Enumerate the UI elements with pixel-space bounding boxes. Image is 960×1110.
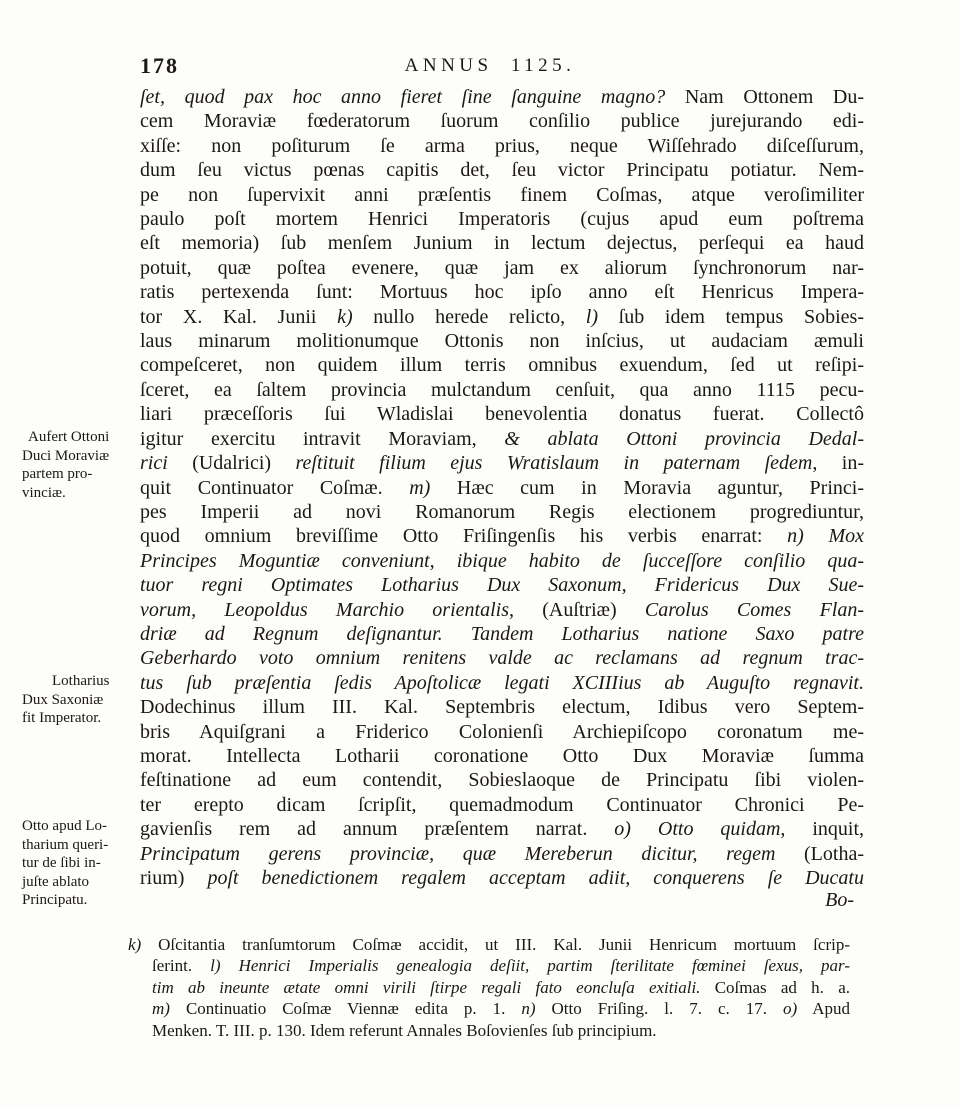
text-line: tuor regni Optimates Lotharius Dux Saxon… [140, 573, 864, 597]
text-run: Apud [797, 999, 850, 1018]
text-line: Dux Saxoniæ [22, 691, 142, 710]
text-run: m) [409, 477, 430, 499]
text-run: Carolus Comes Flan- [645, 599, 864, 621]
text-run: k) [128, 935, 141, 954]
text-run: vinciæ. [22, 485, 66, 501]
text-run: nullo herede relicto, [353, 306, 586, 328]
text-line: dum ſeu victus pœnas capitis det, ſeu vi… [140, 158, 864, 182]
text-run: tim ab ineunte ætate omni virili ſtirpe … [152, 978, 715, 997]
text-run: quod omnium breviſſime Otto Friſingenſis… [140, 525, 787, 547]
text-run: ſerint. [152, 956, 210, 975]
text-run: Principatu. [22, 892, 87, 908]
text-run: dum ſeu victus pœnas capitis det, ſeu vi… [140, 159, 864, 181]
text-run: vorum, Leopoldus Marchio orientalis, [140, 599, 542, 621]
text-line: Principatum gerens provinciæ, quæ Merebe… [140, 842, 864, 866]
text-line: m) Continuatio Coſmæ Viennæ edita p. 1. … [128, 998, 850, 1019]
text-run: tus ſub præſentia ſedis Apoſtolicæ legat… [140, 672, 864, 694]
text-run: ſub idem tempus Sobies- [598, 306, 864, 328]
text-line: juſte ablato [22, 873, 142, 892]
text-run: Otto apud Lo- [22, 818, 107, 834]
text-line: igitur exercitu intravit Moraviam, & abl… [140, 427, 864, 451]
text-run: Dux Saxoniæ [22, 692, 103, 708]
text-line: fit Imperator. [22, 709, 142, 728]
text-line: tharium queri- [22, 836, 142, 855]
text-run: k) [337, 306, 353, 328]
text-line: ſet, quod pax hoc anno fieret ſine ſangu… [140, 85, 864, 109]
text-line: Lotharius [22, 672, 142, 691]
text-run: gavienſis rem ad annum præſentem narrat. [140, 818, 614, 840]
text-line: Geberhardo voto omnium renitens valde ac… [140, 646, 864, 670]
text-run: , inquit, [780, 818, 864, 840]
text-run: Principes Moguntiæ conveniunt, ibique ha… [140, 550, 864, 572]
text-line: pes Imperii ad novi Romanorum Regis elec… [140, 500, 864, 524]
text-run: Principatum gerens provinciæ, quæ Merebe… [140, 843, 804, 865]
text-run: Lotharius [52, 673, 110, 689]
text-run: o) Otto quidam [614, 818, 780, 840]
text-line: liari præceſſoris ſui Wladislai benevole… [140, 402, 864, 426]
text-run: tur de ſibi in- [22, 855, 101, 871]
text-run: rici [140, 452, 192, 474]
text-run: partem pro- [22, 466, 92, 482]
text-run: fit Imperator. [22, 710, 101, 726]
text-run: poſt benedictionem regalem acceptam adii… [207, 867, 864, 889]
margin-note-otto-apud: Otto apud Lo-tharium queri-tur de ſibi i… [22, 817, 142, 910]
margin-note-lotharius: LothariusDux Saxoniæfit Imperator. [22, 672, 142, 728]
text-line: compeſceret, non quidem illum terris omn… [140, 353, 864, 377]
text-run: xiſſe: non poſiturum ſe arma prius, nequ… [140, 135, 864, 157]
text-line: quit Continuator Coſmæ. m) Hæc cum in Mo… [140, 476, 864, 500]
body-text-block: ſet, quod pax hoc anno fieret ſine ſangu… [140, 85, 864, 890]
text-run: Nam Ottonem Du- [685, 86, 864, 108]
footnotes-block: k) Oſcitantia tranſumtorum Coſmæ accidit… [128, 934, 850, 1041]
text-run: , in- [812, 452, 864, 474]
text-line: bris Aquiſgrani a Friderico Colonienſi A… [140, 720, 864, 744]
text-line: tur de ſibi in- [22, 854, 142, 873]
text-run: laus minarum molitionumque Ottonis non i… [140, 330, 864, 352]
text-line: tus ſub præſentia ſedis Apoſtolicæ legat… [140, 671, 864, 695]
text-line: Principatu. [22, 891, 142, 910]
text-line: partem pro- [22, 465, 142, 484]
text-run: quit Continuator Coſmæ. [140, 477, 409, 499]
text-run: Continuatio Coſmæ Viennæ edita p. 1. [170, 999, 521, 1018]
text-run: Oſcitantia tranſumtorum Coſmæ accidit, u… [141, 935, 850, 954]
text-run: m) [152, 999, 170, 1018]
text-line: driæ ad Regnum deſignantur. Tandem Lotha… [140, 622, 864, 646]
running-head: ANNUS 1125. [140, 55, 840, 77]
text-run: Menken. T. III. p. 130. Idem referunt An… [152, 1021, 657, 1040]
text-run: Coſmas ad h. a. [715, 978, 850, 997]
text-run: tor X. Kal. Junii [140, 306, 337, 328]
text-run: l) [586, 306, 598, 328]
text-line: gavienſis rem ad annum præſentem narrat.… [140, 817, 864, 841]
text-line: cem Moraviæ fœderatorum ſuorum conſilio … [140, 109, 864, 133]
text-line: feſtinatione ad eum contendit, Sobieslao… [140, 768, 864, 792]
text-run: Aufert Ottoni [28, 429, 109, 445]
text-line: vinciæ. [22, 484, 142, 503]
text-line: ratis pertexenda ſunt: Mortuus hoc ipſo … [140, 280, 864, 304]
text-run: reſtituit filium ejus Wratislaum in pate… [295, 452, 812, 474]
text-line: ſceret, ea ſaltem provincia mulctandum c… [140, 378, 864, 402]
text-line: Dodechinus illum III. Kal. Septembris el… [140, 695, 864, 719]
text-run: eſt memoria) ſub menſem Junium in lectum… [140, 232, 864, 254]
text-line: ſerint. l) Henrici Imperialis genealogia… [128, 955, 850, 976]
text-run: Duci Moraviæ [22, 448, 109, 464]
text-run: pes Imperii ad novi Romanorum Regis elec… [140, 501, 864, 523]
text-line: paulo poſt mortem Henrici Imperatoris (c… [140, 207, 864, 231]
text-run: Dodechinus illum III. Kal. Septembris el… [140, 696, 864, 718]
text-run: tharium queri- [22, 837, 108, 853]
text-line: potuit, quæ poſtea evenere, quæ jam ex a… [140, 256, 864, 280]
text-run: n) Mox [787, 525, 864, 547]
text-run: cem Moraviæ fœderatorum ſuorum conſilio … [140, 110, 864, 132]
text-run: ratis pertexenda ſunt: Mortuus hoc ipſo … [140, 281, 864, 303]
text-run: Geberhardo voto omnium renitens valde ac… [140, 647, 864, 669]
text-run: (Udalrici) [192, 452, 295, 474]
catchword: Bo- [140, 889, 854, 912]
text-run: igitur exercitu intravit Moraviam, [140, 428, 504, 450]
text-run: ſet, quod pax hoc anno fieret ſine ſangu… [140, 86, 685, 108]
text-line: xiſſe: non poſiturum ſe arma prius, nequ… [140, 134, 864, 158]
text-run: feſtinatione ad eum contendit, Sobieslao… [140, 769, 864, 791]
text-run: tuor regni Optimates Lotharius Dux Saxon… [140, 574, 864, 596]
text-line: Duci Moraviæ [22, 447, 142, 466]
text-run: rium) [140, 867, 207, 889]
text-line: quod omnium breviſſime Otto Friſingenſis… [140, 524, 864, 548]
text-run: liari præceſſoris ſui Wladislai benevole… [140, 403, 864, 425]
text-run: & ablata Ottoni provincia Dedal- [504, 428, 864, 450]
text-run: (Auſtriæ) [542, 599, 645, 621]
text-run: driæ ad Regnum deſignantur. Tandem Lotha… [140, 623, 864, 645]
text-line: tim ab ineunte ætate omni virili ſtirpe … [128, 977, 850, 998]
text-line: laus minarum molitionumque Ottonis non i… [140, 329, 864, 353]
text-run: n) [521, 999, 535, 1018]
text-run: ſceret, ea ſaltem provincia mulctandum c… [140, 379, 864, 401]
text-run: pe non ſupervixit anni præſentis finem C… [140, 184, 864, 206]
text-line: Principes Moguntiæ conveniunt, ibique ha… [140, 549, 864, 573]
text-run: morat. Intellecta Lotharii coronatione O… [140, 745, 864, 767]
text-run: l) Henrici Imperialis genealogia deſiit,… [210, 956, 850, 975]
text-line: rium) poſt benedictionem regalem accepta… [140, 866, 864, 890]
text-run: o) [783, 999, 797, 1018]
text-line: ter erepto dicam ſcripſit, quemadmodum C… [140, 793, 864, 817]
text-run: (Lotha- [804, 843, 864, 865]
text-run: Hæc cum in Moravia aguntur, Princi- [430, 477, 864, 499]
text-line: Otto apud Lo- [22, 817, 142, 836]
text-run: ter erepto dicam ſcripſit, quemadmodum C… [140, 794, 864, 816]
text-line: morat. Intellecta Lotharii coronatione O… [140, 744, 864, 768]
margin-note-aufert-ottoni: Aufert OttoniDuci Moraviæpartem pro-vinc… [22, 428, 142, 502]
text-run: juſte ablato [22, 874, 89, 890]
text-run: paulo poſt mortem Henrici Imperatoris (c… [140, 208, 864, 230]
text-run: bris Aquiſgrani a Friderico Colonienſi A… [140, 721, 864, 743]
text-line: pe non ſupervixit anni præſentis finem C… [140, 183, 864, 207]
text-run: Otto Friſing. l. 7. c. 17. [536, 999, 783, 1018]
text-line: Aufert Ottoni [22, 428, 142, 447]
text-line: Menken. T. III. p. 130. Idem referunt An… [128, 1020, 850, 1041]
text-run: potuit, quæ poſtea evenere, quæ jam ex a… [140, 257, 864, 279]
text-run: compeſceret, non quidem illum terris omn… [140, 354, 864, 376]
book-page: 178 ANNUS 1125. ſet, quod pax hoc anno f… [0, 0, 960, 1110]
text-line: vorum, Leopoldus Marchio orientalis, (Au… [140, 598, 864, 622]
text-line: tor X. Kal. Junii k) nullo herede relict… [140, 305, 864, 329]
text-line: rici (Udalrici) reſtituit filium ejus Wr… [140, 451, 864, 475]
text-line: eſt memoria) ſub menſem Junium in lectum… [140, 231, 864, 255]
text-line: k) Oſcitantia tranſumtorum Coſmæ accidit… [128, 934, 850, 955]
